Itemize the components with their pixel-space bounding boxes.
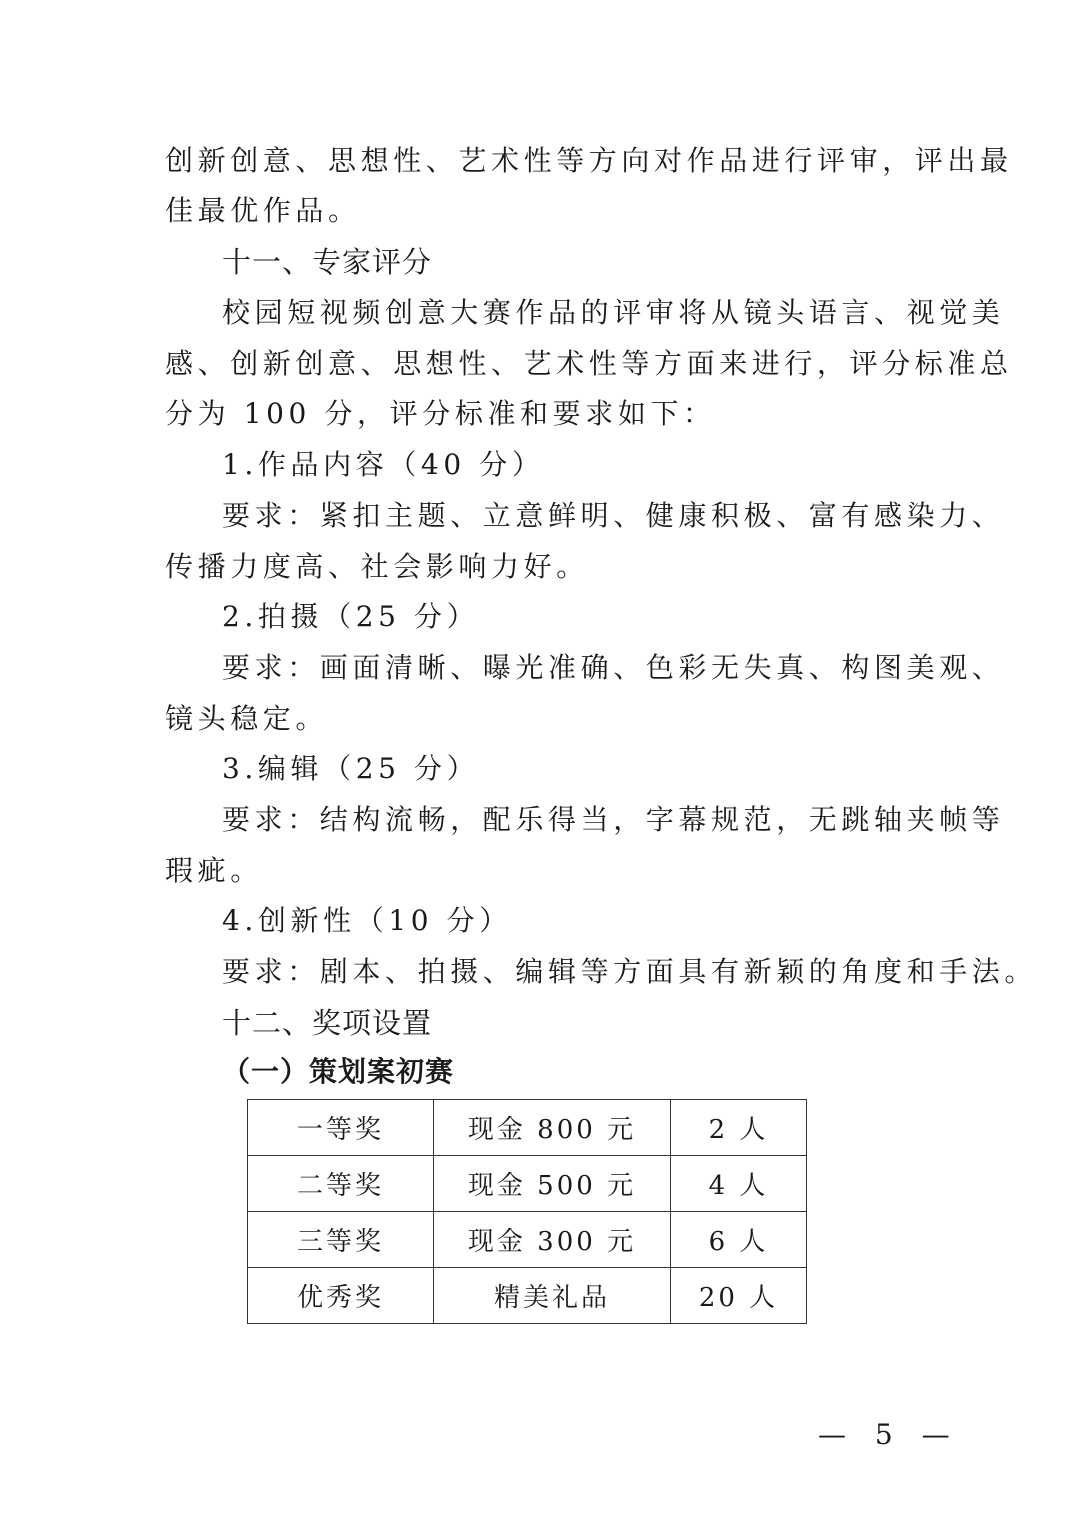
award-level: 二等奖 (248, 1156, 434, 1212)
criterion-title: 1.作品内容（40 分） (222, 448, 544, 482)
criterion-requirement: 镜头稳定。 (165, 702, 328, 736)
award-prize: 现金 300 元 (434, 1212, 671, 1268)
body-text-line: 感、创新创意、思想性、艺术性等方面来进行，评分标准总 (165, 347, 1013, 381)
criterion-requirement: 瑕疵。 (165, 854, 263, 888)
body-text-line: 分为 100 分，评分标准和要求如下： (165, 397, 716, 431)
criterion-requirement: 传播力度高、社会影响力好。 (165, 550, 589, 584)
criterion-requirement: 要求：结构流畅，配乐得当，字幕规范，无跳轴夹帧等 (222, 803, 1004, 837)
table-row: 二等奖 现金 500 元 4 人 (248, 1156, 807, 1212)
criterion-requirement: 要求：紧扣主题、立意鲜明、健康积极、富有感染力、 (222, 499, 1004, 533)
criterion-title: 2.拍摄（25 分） (222, 600, 479, 634)
award-count: 6 人 (671, 1212, 807, 1268)
body-text-line: 佳最优作品。 (165, 194, 361, 228)
criterion-title: 3.编辑（25 分） (222, 752, 479, 786)
page-number: — 5 — (818, 1418, 960, 1451)
award-count: 20 人 (671, 1268, 807, 1324)
award-level: 优秀奖 (248, 1268, 434, 1324)
table-row: 优秀奖 精美礼品 20 人 (248, 1268, 807, 1324)
award-prize: 精美礼品 (434, 1268, 671, 1324)
criterion-requirement: 要求：剧本、拍摄、编辑等方面具有新颖的角度和手法。 (222, 955, 1037, 989)
criterion-requirement: 要求：画面清晰、曝光准确、色彩无失真、构图美观、 (222, 651, 1004, 685)
awards-table: 一等奖 现金 800 元 2 人 二等奖 现金 500 元 4 人 三等奖 现金… (247, 1099, 807, 1324)
table-row: 三等奖 现金 300 元 6 人 (248, 1212, 807, 1268)
award-prize: 现金 500 元 (434, 1156, 671, 1212)
award-level: 一等奖 (248, 1100, 434, 1156)
body-text-line: 创新创意、思想性、艺术性等方向对作品进行评审，评出最 (165, 144, 1013, 178)
award-level: 三等奖 (248, 1212, 434, 1268)
table-row: 一等奖 现金 800 元 2 人 (248, 1100, 807, 1156)
body-text-line: 校园短视频创意大赛作品的评审将从镜头语言、视觉美 (222, 296, 1004, 330)
award-count: 2 人 (671, 1100, 807, 1156)
criterion-title: 4.创新性（10 分） (222, 904, 512, 938)
award-count: 4 人 (671, 1156, 807, 1212)
section-heading-11: 十一、专家评分 (222, 245, 432, 279)
award-prize: 现金 800 元 (434, 1100, 671, 1156)
section-heading-12: 十二、奖项设置 (222, 1006, 432, 1040)
subsection-heading: （一）策划案初赛 (222, 1055, 454, 1089)
